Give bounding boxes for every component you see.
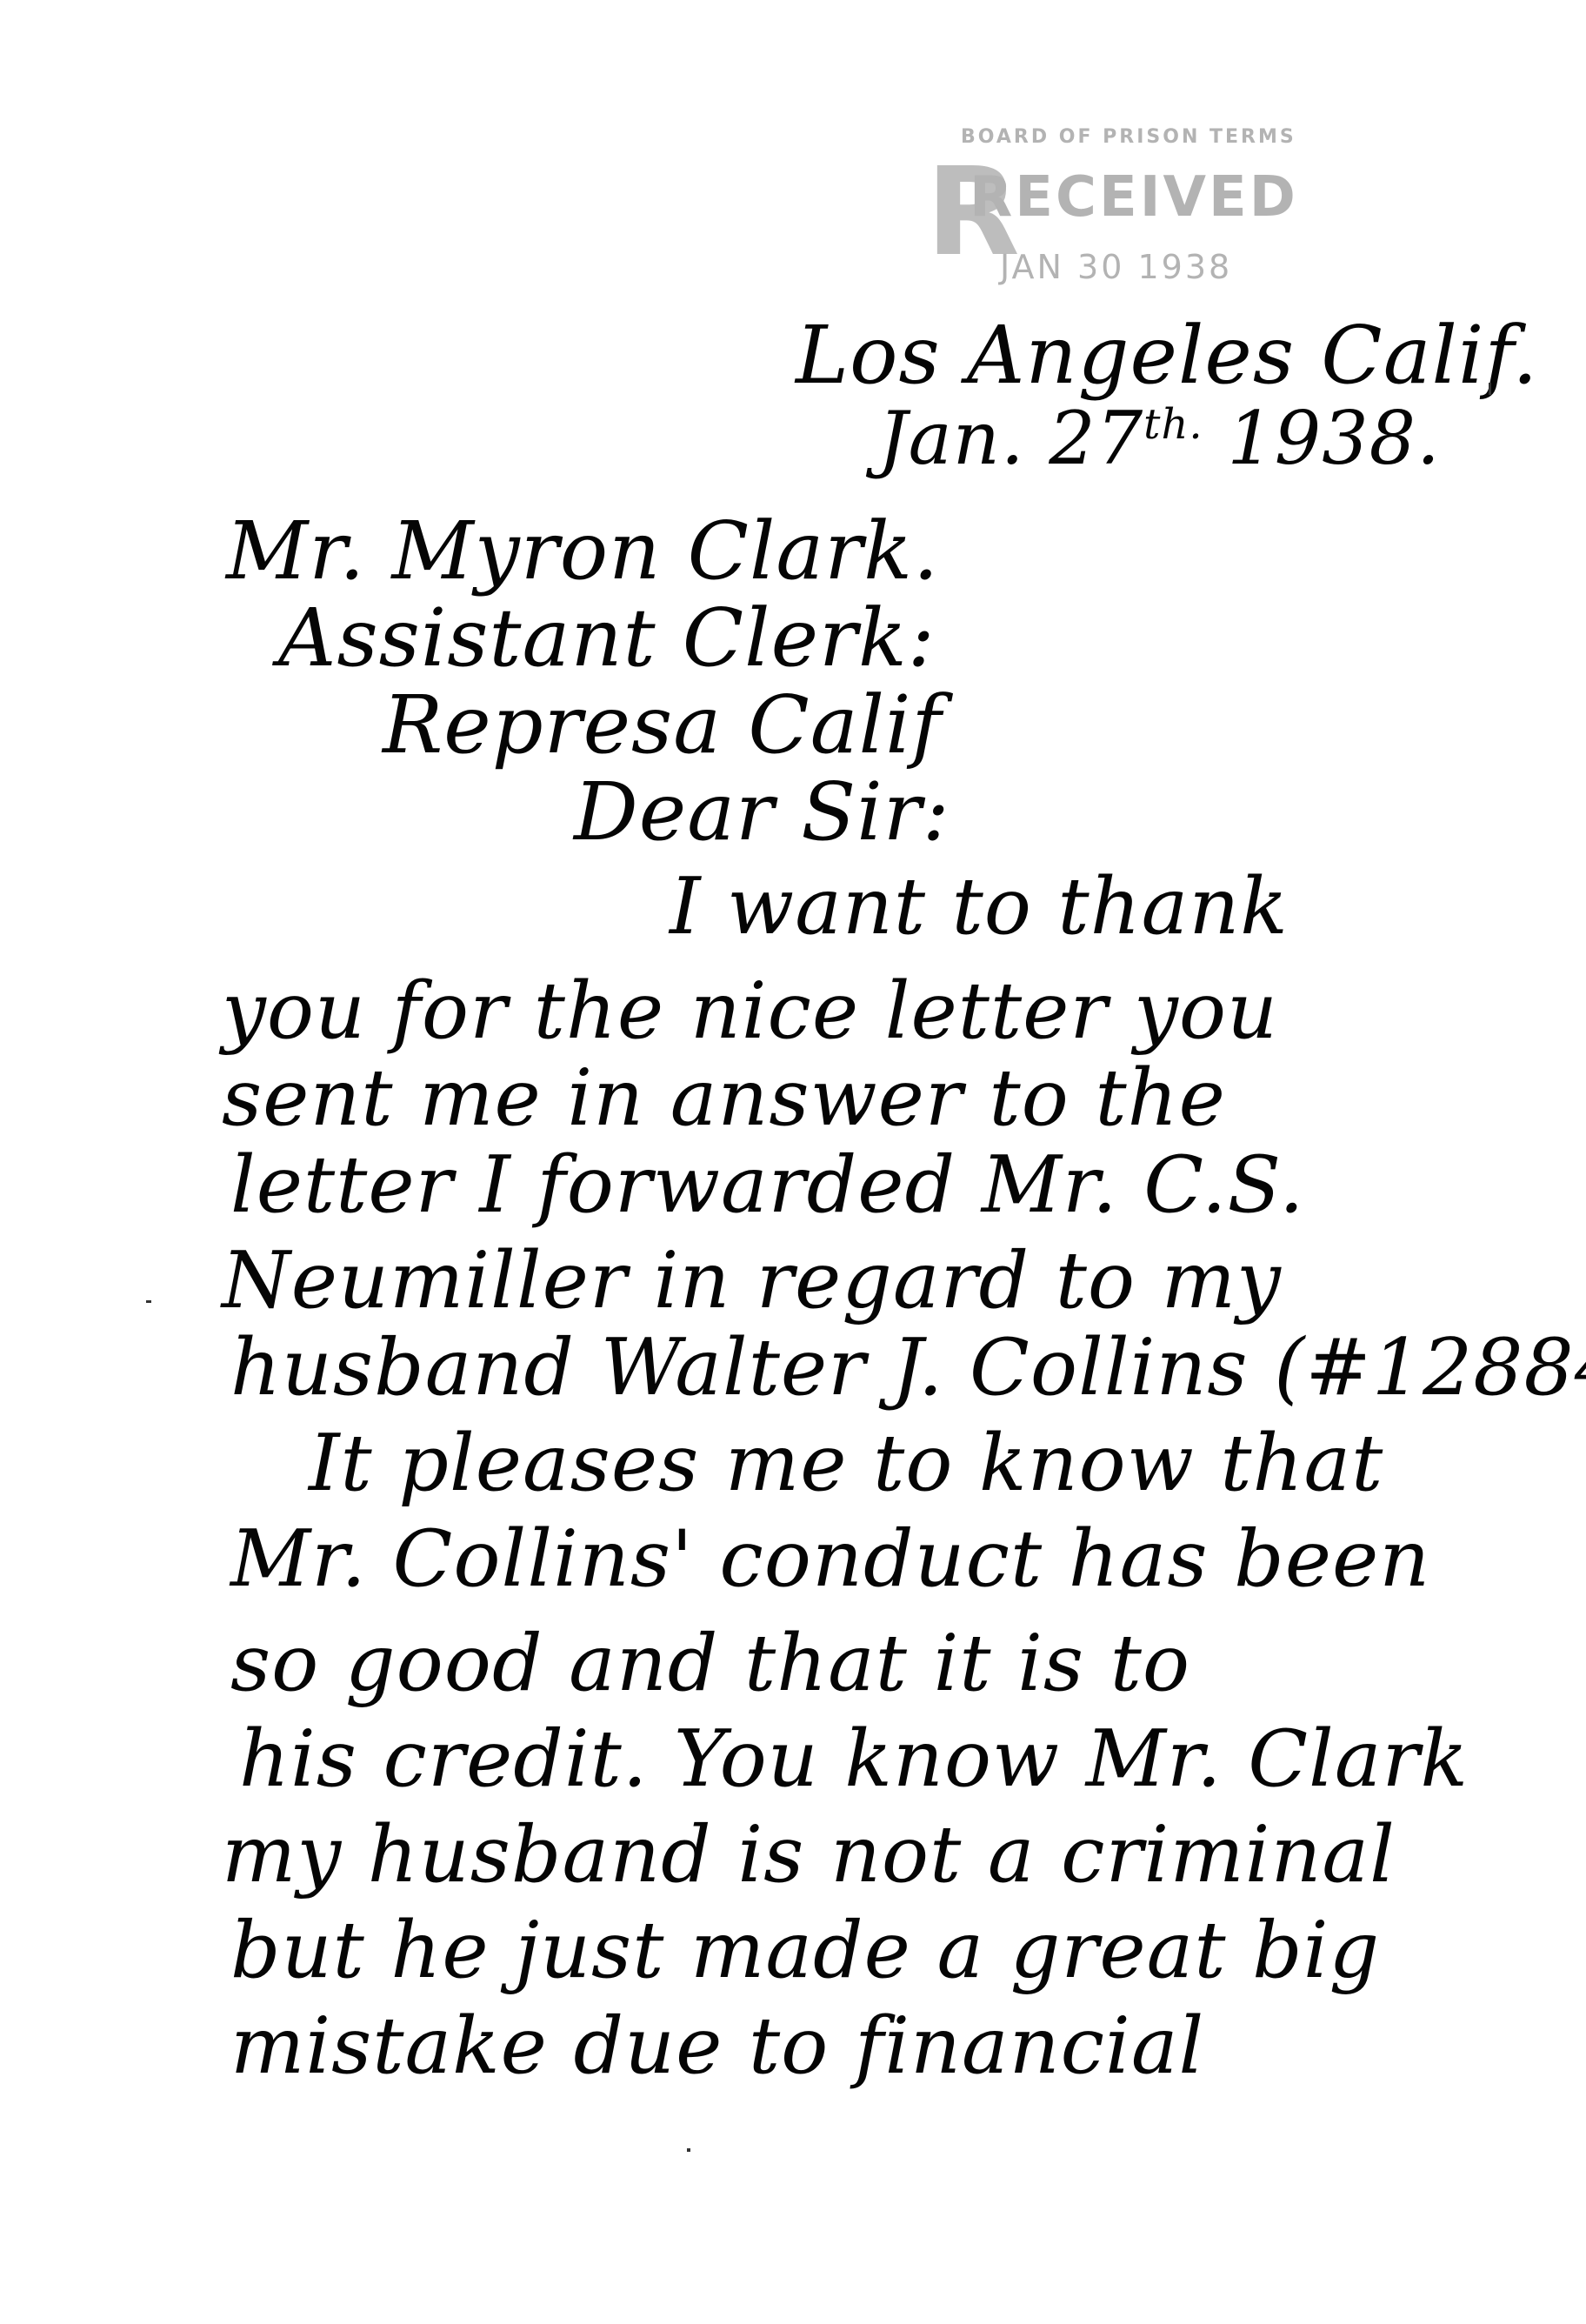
- body-line: so good and that it is to: [230, 1618, 1190, 1709]
- body-line: but he just made a great big: [230, 1905, 1380, 1996]
- body-line: mistake due to financial: [230, 2000, 1204, 2092]
- body-line: his credit. You know Mr. Clark: [239, 1713, 1469, 1805]
- letter-date: Jan. 27th. 1938.: [878, 396, 1441, 481]
- body-line: sent me in answer to the: [222, 1052, 1226, 1144]
- stamp-received-label: RECEIVED: [970, 165, 1298, 230]
- body-line: Neumiller in regard to my: [222, 1235, 1282, 1326]
- recipient-location: Represa Calif: [383, 678, 942, 771]
- date-ordinal: th.: [1143, 400, 1203, 449]
- received-stamp: BOARD OF PRISON TERMS R RECEIVED JAN 30 …: [909, 91, 1448, 291]
- body-line: Mr. Collins' conduct has been: [230, 1513, 1430, 1605]
- date-day: Jan. 27: [878, 396, 1143, 481]
- body-line: you for the nice letter you: [222, 965, 1278, 1057]
- date-year: 1938.: [1227, 396, 1440, 481]
- scan-speck: [1489, 383, 1491, 395]
- body-line: letter I forwarded Mr. C.S.: [230, 1139, 1305, 1231]
- salutation: Dear Sir:: [574, 765, 950, 858]
- scan-speck: [687, 2148, 690, 2152]
- body-line: It pleases me to know that: [309, 1418, 1383, 1509]
- body-line: my husband is not a criminal: [222, 1809, 1396, 1900]
- letter-page: BOARD OF PRISON TERMS R RECEIVED JAN 30 …: [0, 0, 1586, 2324]
- recipient-title: Assistant Clerk:: [278, 591, 936, 685]
- body-line: husband Walter J. Collins (#12884): [230, 1322, 1586, 1413]
- stamp-date: JAN 30 1938: [1000, 248, 1232, 286]
- letter-place: Los Angeles Calif.: [796, 309, 1538, 402]
- scan-speck: [146, 1300, 151, 1303]
- body-line: I want to thank: [670, 861, 1289, 952]
- recipient-name: Mr. Myron Clark.: [226, 504, 939, 598]
